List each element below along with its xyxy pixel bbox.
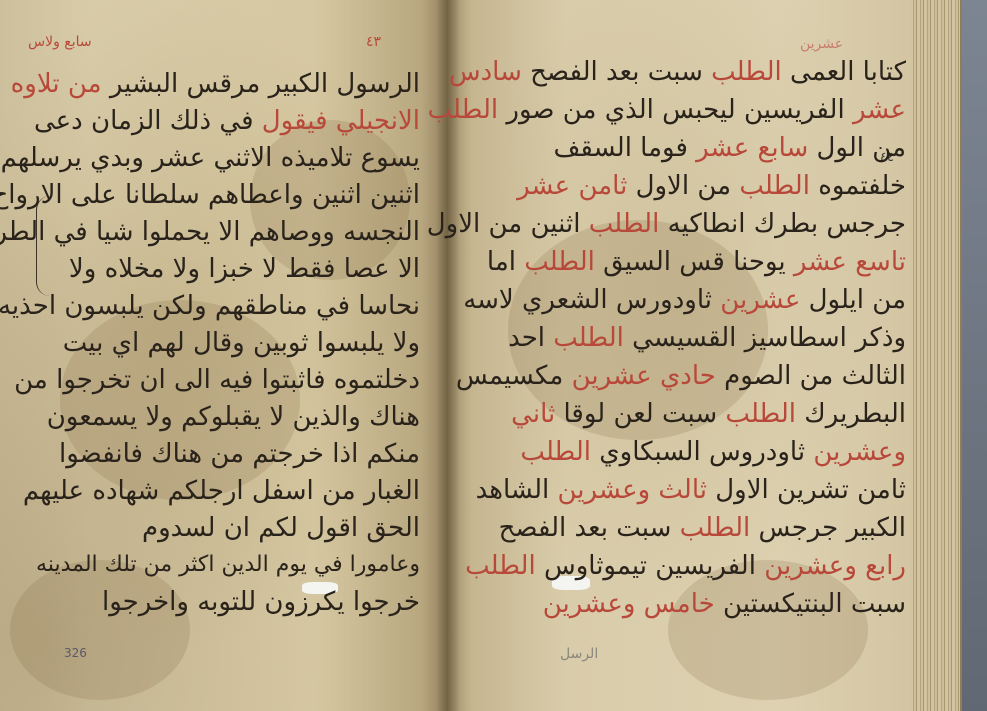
black-text: منكم اذا خرجتم من هناك فانفضوا: [59, 439, 420, 469]
text-line: عشر الفريسين ليحبس الذي من صور الطلب: [488, 92, 906, 128]
black-text: يوحنا قس السيق: [595, 247, 794, 277]
text-line: تاسع عشر يوحنا قس السيق الطلب اما: [488, 244, 906, 280]
red-rubric: عشرين: [720, 285, 800, 315]
red-rubric: ثالث وعشرين: [558, 475, 708, 505]
text-line: من الول سابع عشر فوما السقف: [488, 130, 906, 166]
text-line: رابع وعشرين الفريسين تيموثاوس الطلب: [488, 548, 906, 584]
text-line: دخلتموه فاثبتوا فيه الى ان تخرجوا من: [40, 362, 420, 398]
black-text: سبت بعد الفصح: [522, 57, 711, 87]
text-line: ولا يلبسوا ثوبين وقال لهم اي بيت: [40, 325, 420, 361]
text-line: نحاسا في مناطقهم ولكن يلبسون احذيه: [40, 288, 420, 324]
black-text: احد: [508, 323, 553, 353]
red-rubric: سادس: [449, 57, 522, 87]
text-line: وذكر اسطاسيز القسيسي الطلب احد: [488, 320, 906, 356]
red-rubric: الانجيلي فيقول: [254, 106, 420, 136]
black-text: النجسه ووصاهم الا يحملوا شيا في الطريق: [0, 217, 420, 247]
red-rubric: من تلاوه: [11, 69, 102, 99]
black-text: خلفتموه: [810, 171, 906, 201]
red-rubric: خامس وعشرين: [543, 589, 715, 619]
right-margin-note: عشرين: [800, 36, 843, 52]
black-text: مكسيمس: [456, 361, 572, 391]
black-text: الثالث من الصوم: [716, 361, 906, 391]
red-rubric: رابع وعشرين: [764, 551, 906, 581]
text-line: سبت البنتيكستين خامس وعشرين: [488, 586, 906, 622]
black-text: الكبير جرجس: [750, 513, 906, 543]
red-rubric: الطلب: [725, 399, 796, 429]
black-text: كتابا العمى: [782, 57, 906, 87]
red-rubric: ثامن عشر: [517, 171, 627, 201]
red-rubric: الطلب: [465, 551, 536, 581]
black-text: الرسول الكبير مرقس البشير: [102, 69, 420, 99]
black-text: ثامن تشرين الاول: [707, 475, 906, 505]
black-text: اثنين اثنين واعطاهم سلطانا على الارواح: [0, 180, 420, 210]
red-rubric: سابع عشر: [696, 133, 808, 163]
text-line: الا عصا فقط لا خبزا ولا مخلاه ولا: [40, 251, 420, 287]
folio-number: 326: [64, 646, 87, 660]
bottom-catchword: الرسل: [560, 646, 598, 662]
black-text: الحق اقول لكم ان لسدوم: [142, 513, 420, 543]
red-rubric: الطلب: [739, 171, 810, 201]
red-rubric: وعشرين: [813, 437, 906, 467]
black-text: ثاودروس السبكاوي: [591, 437, 813, 467]
black-text: من الول: [808, 133, 906, 163]
black-text: الفريسين تيموثاوس: [536, 551, 765, 581]
text-line: هناك والذين لا يقبلوكم ولا يسمعون: [40, 399, 420, 435]
red-rubric: الطلب: [589, 209, 660, 239]
text-line: يسوع تلاميذه الاثني عشر وبدي يرسلهم: [40, 140, 420, 176]
text-line: النجسه ووصاهم الا يحملوا شيا في الطريق: [40, 214, 420, 250]
red-rubric: ثاني: [511, 399, 555, 429]
text-line: كتابا العمى الطلب سبت بعد الفصح سادس: [488, 54, 906, 90]
black-text: سبت البنتيكستين: [715, 589, 906, 619]
text-line: الكبير جرجس الطلب سبت بعد الفصح: [488, 510, 906, 546]
text-line: من ايلول عشرين ثاودورس الشعري لاسه: [488, 282, 906, 318]
text-line: البطريرك الطلب سبت لعن لوقا ثاني: [488, 396, 906, 432]
red-rubric: الطلب: [428, 95, 499, 125]
black-text: في ذلك الزمان دعى: [34, 106, 254, 136]
text-line: الحق اقول لكم ان لسدوم: [40, 510, 420, 546]
red-rubric: حادي عشرين: [572, 361, 716, 391]
manuscript-photo: سابع ولاس ٤٣ عشرين ٤٤ 326 الرسل الرسول ا…: [0, 0, 987, 711]
text-line: ثامن تشرين الاول ثالث وعشرين الشاهد: [488, 472, 906, 508]
red-rubric: الطلب: [553, 323, 624, 353]
black-text: فوما السقف: [554, 133, 697, 163]
black-text: من ايلول: [800, 285, 906, 315]
black-text: ولا يلبسوا ثوبين وقال لهم اي بيت: [63, 328, 420, 358]
text-line: الانجيلي فيقول في ذلك الزمان دعى: [40, 103, 420, 139]
black-text: من الاول: [627, 171, 739, 201]
black-text: يسوع تلاميذه الاثني عشر وبدي يرسلهم: [1, 143, 420, 173]
black-text: دخلتموه فاثبتوا فيه الى ان تخرجوا من: [14, 365, 420, 395]
black-text: سبت لعن لوقا: [555, 399, 725, 429]
black-text: اما: [487, 247, 524, 277]
black-text: الفريسين ليحبس الذي من صور: [498, 95, 853, 125]
text-line: الرسول الكبير مرقس البشير من تلاوه: [40, 66, 420, 102]
red-rubric: الطلب: [680, 513, 751, 543]
page-edges: [910, 0, 962, 711]
text-line: اثنين اثنين واعطاهم سلطانا على الارواح: [40, 177, 420, 213]
right-page-text: كتابا العمى الطلب سبت بعد الفصح سادس عشر…: [488, 54, 906, 624]
black-text: الشاهد: [476, 475, 558, 505]
text-line: الثالث من الصوم حادي عشرين مكسيمس: [488, 358, 906, 394]
text-line: وعشرين ثاودروس السبكاوي الطلب: [488, 434, 906, 470]
left-page-number: ٤٣: [366, 34, 381, 50]
black-text: اثنين من الاول: [427, 209, 589, 239]
black-text: وعامورا في يوم الدين اكثر من تلك المدينه: [36, 552, 420, 577]
black-text: ثاودورس الشعري لاسه: [463, 285, 720, 315]
black-text: وذكر اسطاسيز القسيسي: [624, 323, 906, 353]
black-text: البطريرك: [796, 399, 906, 429]
text-line: خرجوا يكرزون للتوبه واخرجوا: [40, 584, 420, 620]
left-page-text: الرسول الكبير مرقس البشير من تلاوه الانج…: [40, 66, 420, 626]
red-rubric: عشر: [853, 95, 906, 125]
text-line: جرجس بطرك انطاكيه الطلب اثنين من الاول: [488, 206, 906, 242]
black-text: الا عصا فقط لا خبزا ولا مخلاه ولا: [69, 254, 420, 284]
red-rubric: تاسع عشر: [794, 247, 906, 277]
black-text: نحاسا في مناطقهم ولكن يلبسون احذيه: [0, 291, 420, 321]
red-rubric: الطلب: [524, 247, 595, 277]
text-line: منكم اذا خرجتم من هناك فانفضوا: [40, 436, 420, 472]
black-text: هناك والذين لا يقبلوكم ولا يسمعون: [47, 402, 420, 432]
text-line: الغبار من اسفل ارجلكم شهاده عليهم: [40, 473, 420, 509]
red-rubric: الطلب: [711, 57, 782, 87]
red-rubric: الطلب: [520, 437, 591, 467]
left-margin-note: سابع ولاس: [28, 34, 92, 50]
black-text: الغبار من اسفل ارجلكم شهاده عليهم: [23, 476, 420, 506]
text-line: خلفتموه الطلب من الاول ثامن عشر: [488, 168, 906, 204]
text-line: وعامورا في يوم الدين اكثر من تلك المدينه: [40, 547, 420, 583]
black-text: خرجوا يكرزون للتوبه واخرجوا: [102, 587, 420, 617]
black-text: جرجس بطرك انطاكيه: [659, 209, 906, 239]
black-text: سبت بعد الفصح: [499, 513, 680, 543]
